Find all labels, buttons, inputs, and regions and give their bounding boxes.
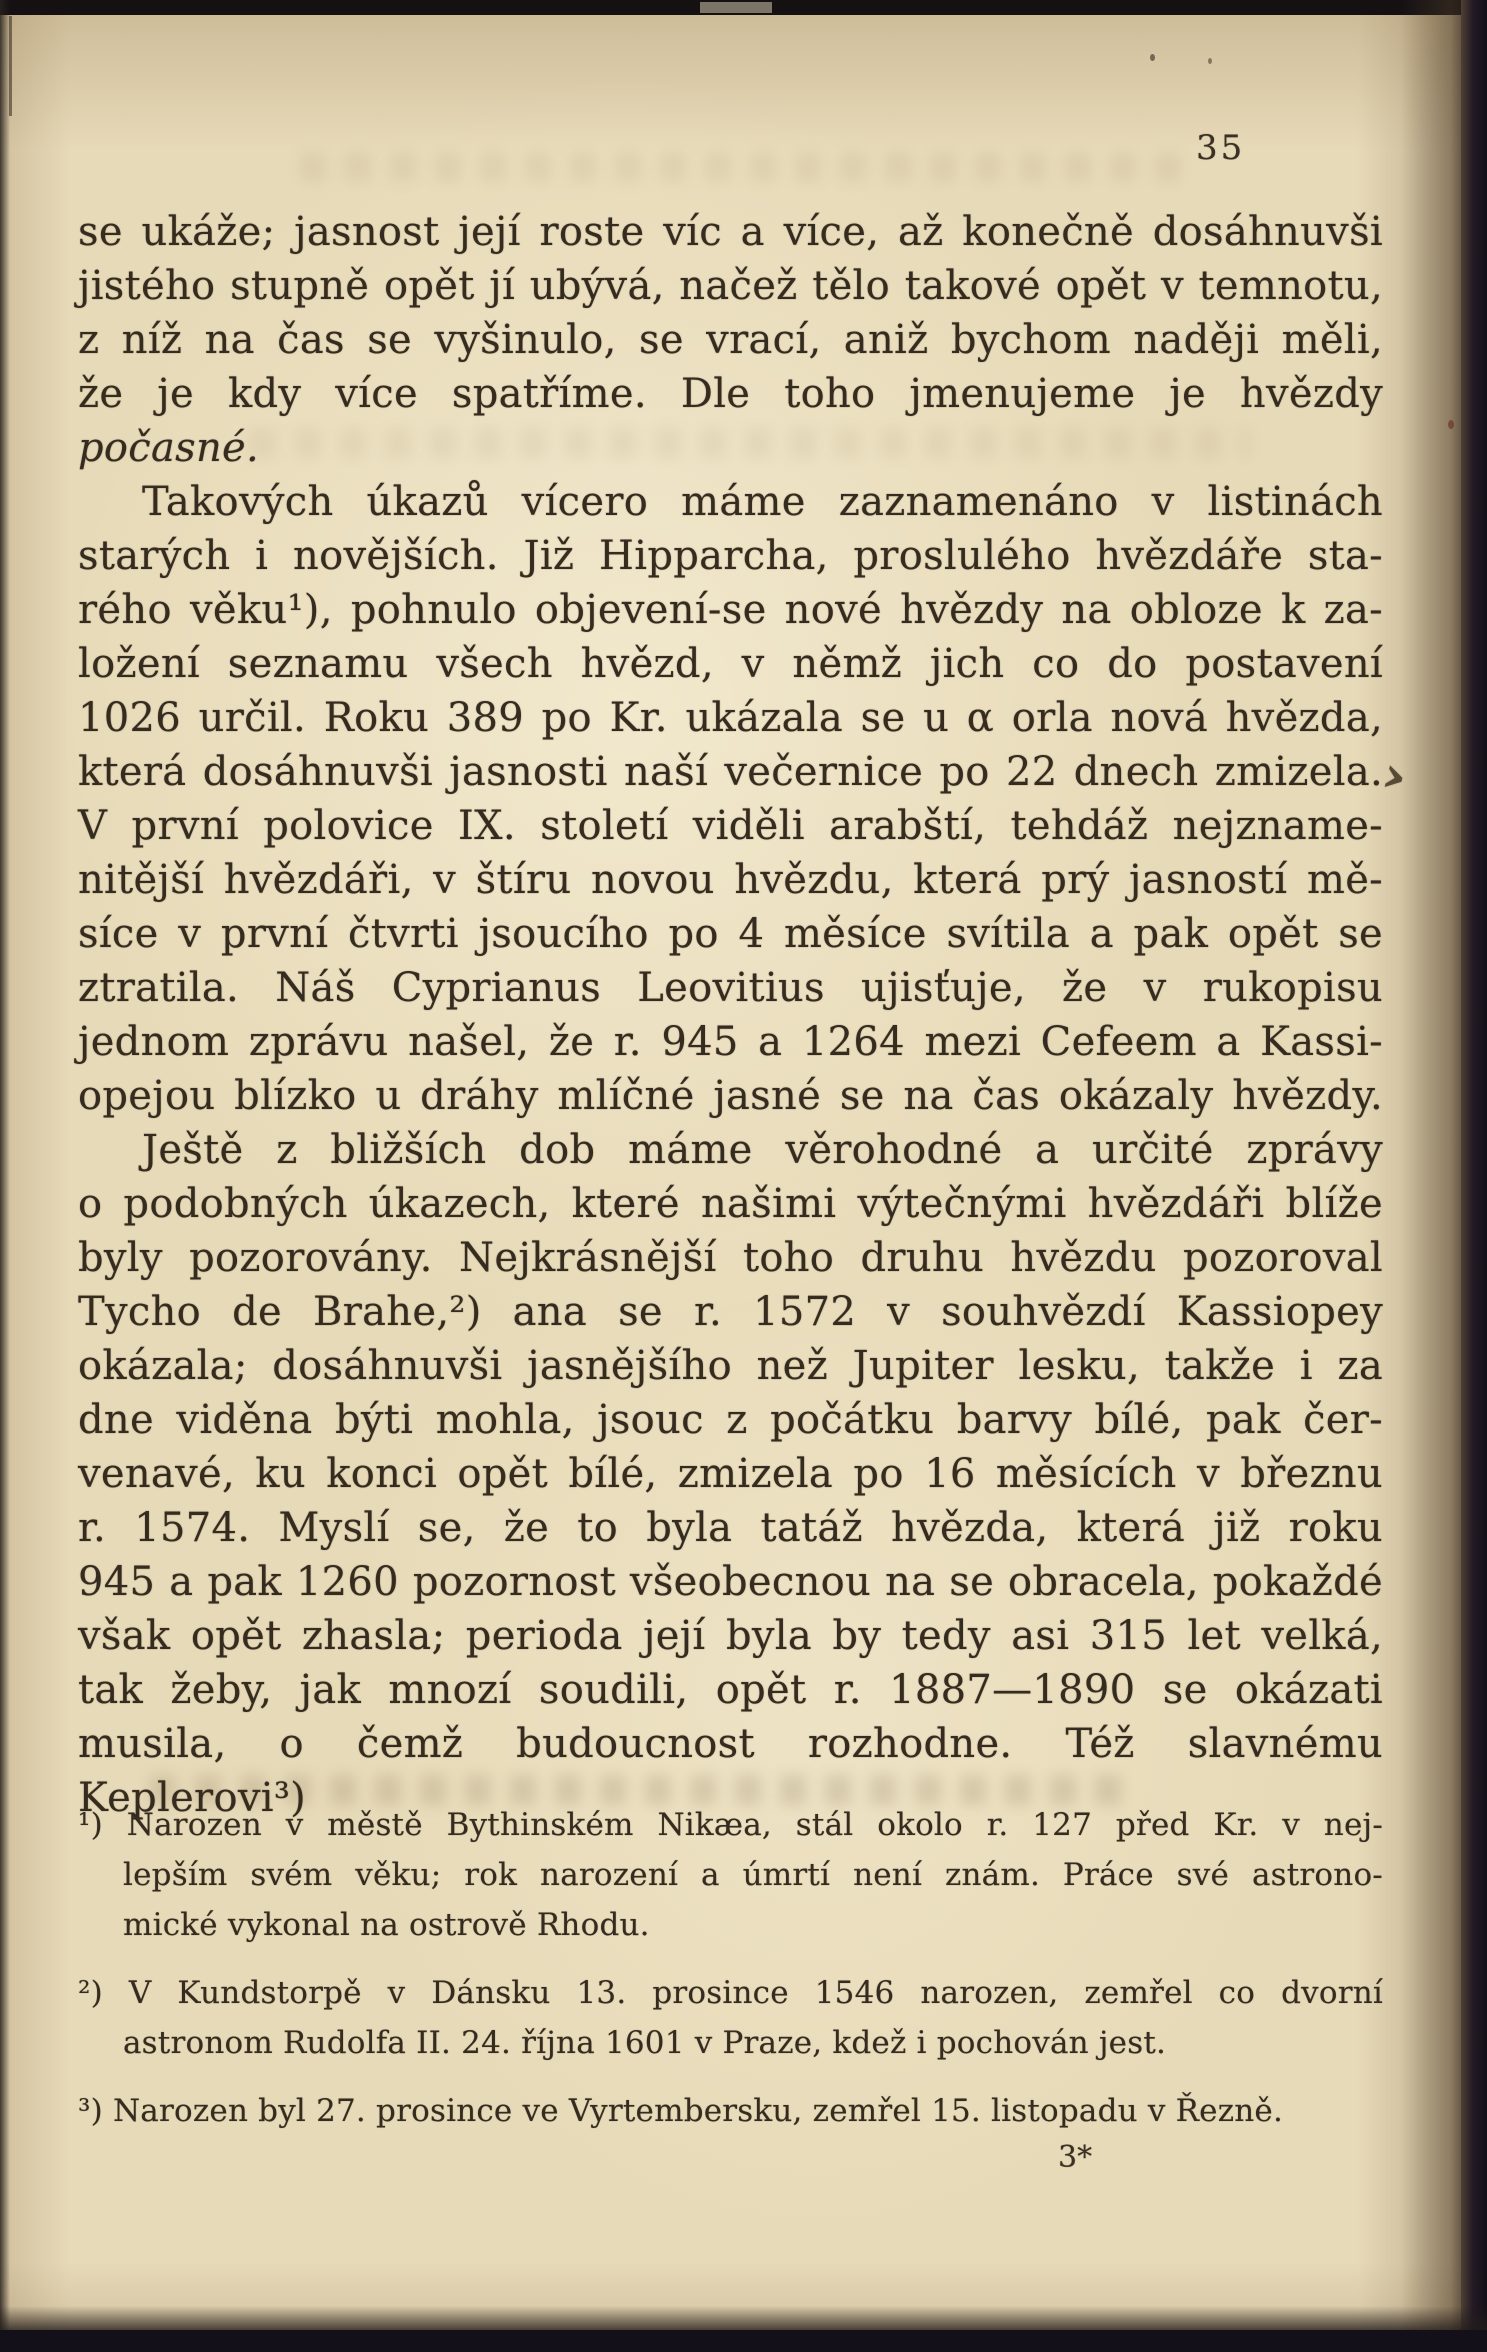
- page-edge-shadow-right: [1401, 0, 1463, 2352]
- footnote-line: mické vykonal na ostrově Rhodu.: [78, 1900, 1383, 1950]
- text-line: tak žeby, jak mnozí soudili, opět r. 188…: [78, 1663, 1383, 1717]
- scan-edge-bottom: [0, 2330, 1487, 2352]
- showthrough-ghost-text: [300, 152, 1200, 182]
- text-line: jistého stupně opět jí ubývá, načež tělo…: [78, 259, 1383, 313]
- text-line: že je kdy více spatříme. Dle toho jmenuj…: [78, 367, 1383, 421]
- text-line: r. 1574. Myslí se, že to byla tatáž hvěz…: [78, 1501, 1383, 1555]
- text-line: byly pozorovány. Nejkrásnější toho druhu…: [78, 1231, 1383, 1285]
- text-line: o podobných úkazech, které našimi výtečn…: [78, 1177, 1383, 1231]
- text-line: V první polovice IX. století viděli arab…: [78, 799, 1383, 853]
- ink-speck: [1448, 420, 1454, 429]
- page-number: 35: [1196, 128, 1245, 168]
- footnote-line: astronom Rudolfa II. 24. října 1601 v Pr…: [78, 2018, 1383, 2068]
- signature-mark: 3*: [1058, 2140, 1092, 2175]
- text-line: venavé, ku konci opět bílé, zmizela po 1…: [78, 1447, 1383, 1501]
- text-line: Ještě z bližších dob máme věrohodné a ur…: [78, 1123, 1383, 1177]
- footnote-line: ¹) Narozen v městě Bythinském Nikæa, stá…: [78, 1800, 1383, 1850]
- text-line: Takových úkazů vícero máme zaznamenáno v…: [78, 475, 1383, 529]
- text-line: počasné.: [78, 421, 1383, 475]
- scan-edge-left: [0, 0, 10, 2352]
- text-line: ztratila. Náš Cyprianus Leovitius ujisťu…: [78, 961, 1383, 1015]
- page-edge-shadow-bottom: [0, 2306, 1487, 2332]
- text-line: jednom zprávu našel, že r. 945 a 1264 me…: [78, 1015, 1383, 1069]
- scan-crease-mark: [9, 16, 12, 116]
- text-line: okázala; dosáhnuvši jasnějšího než Jupit…: [78, 1339, 1383, 1393]
- footnotes: ¹) Narozen v městě Bythinském Nikæa, stá…: [78, 1800, 1383, 2136]
- text-line: síce v první čtvrti jsoucího po 4 měsíce…: [78, 907, 1383, 961]
- ink-speck: [1150, 54, 1155, 61]
- text-line: dne viděna býti mohla, jsouc z počátku b…: [78, 1393, 1383, 1447]
- footnote-line: ³) Narozen byl 27. prosince ve Vyrtember…: [78, 2086, 1383, 2136]
- text-line: nitější hvězdáři, v štíru novou hvězdu, …: [78, 853, 1383, 907]
- scanner-notch: [700, 2, 772, 13]
- text-line: ložení seznamu všech hvězd, v němž jich …: [78, 637, 1383, 691]
- text-line: z níž na čas se vyšinulo, se vrací, aniž…: [78, 313, 1383, 367]
- text-line: 945 a pak 1260 pozornost všeobecnou na s…: [78, 1555, 1383, 1609]
- footnote-line: ²) V Kundstorpě v Dánsku 13. prosince 15…: [78, 1968, 1383, 2018]
- text-line: 1026 určil. Roku 389 po Kr. ukázala se u…: [78, 691, 1383, 745]
- scan-edge-right: [1461, 0, 1487, 2352]
- ink-speck: [1208, 58, 1212, 64]
- text-line: se ukáže; jasnost její roste víc a více,…: [78, 205, 1383, 259]
- text-line: však opět zhasla; perioda její byla by t…: [78, 1609, 1383, 1663]
- text-line: která dosáhnuvši jasnosti naší večernice…: [78, 745, 1383, 799]
- text-line: Tycho de Brahe,²) ana se r. 1572 v souhv…: [78, 1285, 1383, 1339]
- text-line: opejou blízko u dráhy mlíčné jasné se na…: [78, 1069, 1383, 1123]
- book-page-scan: 35 se ukáže; jasnost její roste víc a ví…: [0, 0, 1487, 2352]
- text-line: rého věku¹), pohnulo objevení-se nové hv…: [78, 583, 1383, 637]
- text-line: starých i novějších. Již Hipparcha, pros…: [78, 529, 1383, 583]
- body-text: se ukáže; jasnost její roste víc a více,…: [78, 205, 1383, 1825]
- footnote-line: lepším svém věku; rok narození a úmrtí n…: [78, 1850, 1383, 1900]
